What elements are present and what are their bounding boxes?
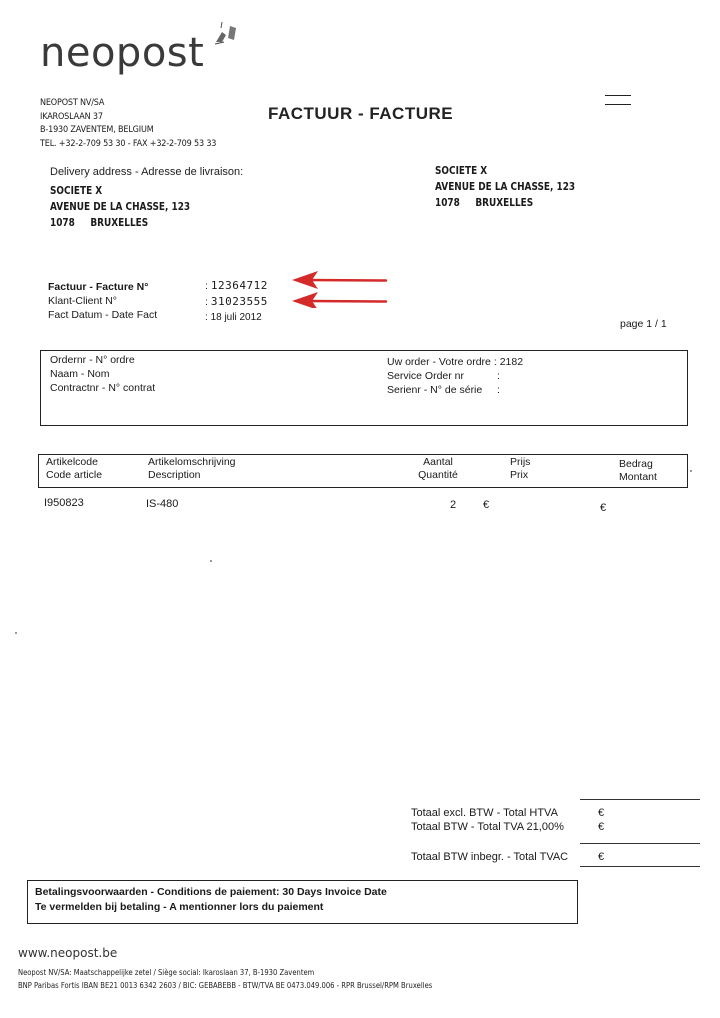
scan-speck: [210, 560, 212, 562]
article-table-header: [38, 454, 688, 488]
client-number-label: Klant-Client N°: [48, 294, 157, 308]
item-amount: €: [600, 502, 606, 514]
company-footer: Neopost NV/SA: Maatschappelijke zetel / …: [18, 967, 432, 992]
neopost-logo: neopost: [40, 30, 204, 76]
customer-order-number: : 2182: [494, 356, 523, 368]
delivery-label: Delivery address - Adresse de livraison:: [50, 166, 243, 178]
item-price: €: [483, 499, 489, 511]
invoice-meta-labels: Factuur - Facture N° Klant-Client N° Fac…: [48, 280, 157, 322]
totals-rule: [580, 843, 700, 844]
scan-speck: [690, 470, 692, 472]
document-title: FACTUUR - FACTURE: [268, 104, 453, 124]
invoice-number: 12364712: [211, 279, 268, 292]
total-vat-value: €: [598, 820, 604, 834]
page-number: page 1 / 1: [620, 318, 667, 330]
total-vat: Totaal BTW - Total TVA 21,00%: [411, 820, 564, 834]
invoice-date: 18 juli 2012: [211, 312, 262, 323]
red-arrows-icon: [290, 268, 390, 308]
item-code: I950823: [44, 497, 84, 509]
order-info-right: Uw order - Votre ordre: 2182 Service Ord…: [387, 355, 523, 397]
item-quantity: 2: [450, 499, 456, 511]
payment-terms: Betalingsvoorwaarden - Conditions de pai…: [35, 885, 387, 915]
column-header-price: Prijs Prix: [510, 456, 530, 482]
scan-speck: [15, 632, 17, 634]
column-header-quantity: Aantal Quantité: [416, 456, 460, 482]
totals-rule: [580, 799, 700, 800]
totals-rule: [580, 866, 700, 867]
website-link[interactable]: www.neopost.be: [18, 946, 117, 960]
column-header-description: Artikelomschrijving Description: [148, 456, 236, 482]
total-incl-vat: Totaal BTW inbegr. - Total TVAC: [411, 850, 568, 864]
client-number: 31023555: [211, 295, 268, 308]
billing-address: SOCIETE X AVENUE DE LA CHASSE, 123 1078 …: [435, 163, 575, 211]
order-info-left: Ordernr - N° ordre Naam - Nom Contractnr…: [50, 353, 155, 395]
total-excl-vat-value: €: [598, 806, 604, 820]
invoice-date-label: Fact Datum - Date Fact: [48, 308, 157, 322]
column-header-code: Artikelcode Code article: [46, 456, 102, 482]
invoice-meta-values: : 12364712 : 31023555 : 18 juli 2012: [205, 278, 268, 325]
logo-mark-icon: [212, 20, 242, 50]
column-header-amount: Bedrag Montant: [619, 458, 657, 484]
total-incl-vat-value: €: [598, 850, 604, 864]
delivery-address: SOCIETE X AVENUE DE LA CHASSE, 123 1078 …: [50, 183, 190, 231]
corner-mark: [605, 95, 631, 96]
invoice-number-label: Factuur - Facture N°: [48, 280, 157, 294]
sender-address: NEOPOST NV/SA IKAROSLAAN 37 B-1930 ZAVEN…: [40, 96, 216, 150]
corner-mark: [605, 104, 631, 105]
total-excl-vat: Totaal excl. BTW - Total HTVA: [411, 806, 558, 820]
item-description: IS-480: [146, 498, 178, 510]
